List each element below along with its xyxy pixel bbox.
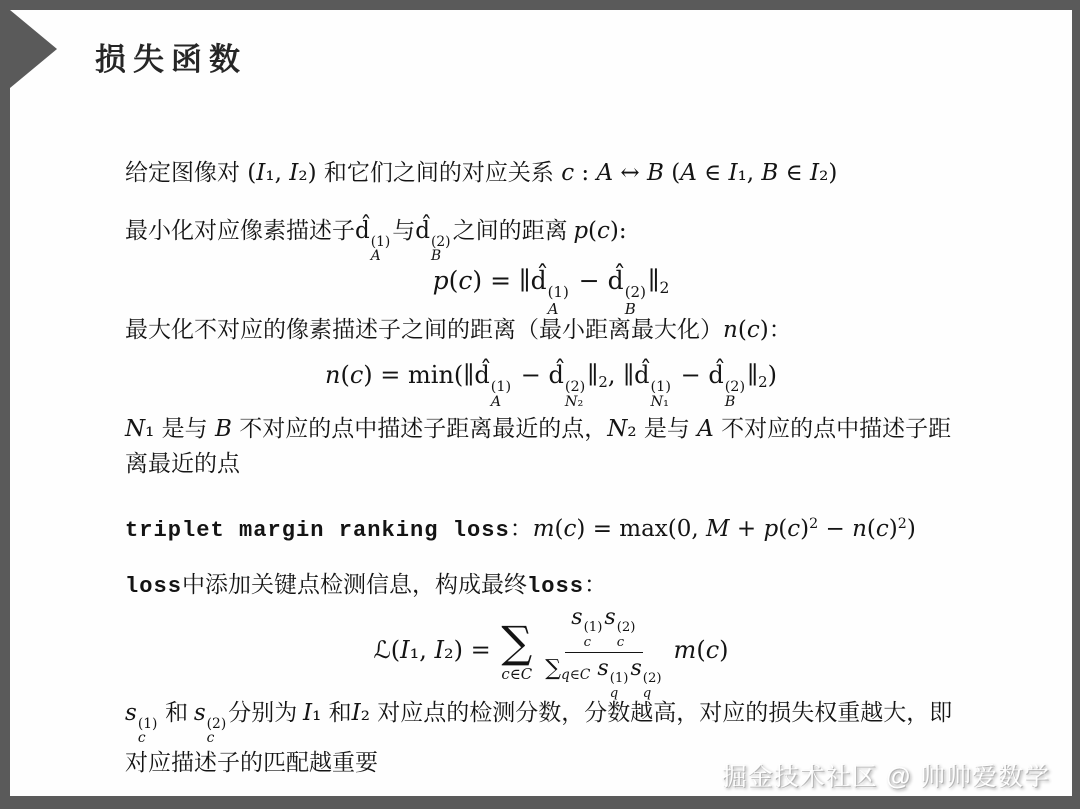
paragraph-minimize-distance: 最小化对应像素描述子d̂(1)A与d̂(2)B之间的距离 p(c):	[125, 214, 965, 264]
formula-negative-distance: n(c) = min(∥d̂(1)A − d̂(2)N₂∥2, ∥d̂(1)N₁…	[20, 357, 1080, 410]
slide-frame: 损失函数 给定图像对 (I₁, I₂) 和它们之间的对应关系 c : A ↔ B…	[0, 0, 1080, 809]
paragraph-image-pair-definition: 给定图像对 (I₁, I₂) 和它们之间的对应关系 c : A ↔ B (A ∈…	[125, 156, 965, 191]
watermark: 掘金技术社区 @ 帅帅爱数学	[722, 757, 1050, 793]
paragraph-triplet-margin-ranking-loss: triplet margin ranking loss：m(c) = max(0…	[125, 512, 1025, 547]
slide-title: 损失函数	[95, 34, 247, 79]
paragraph-keypoint-detection-info: loss中添加关键点检测信息，构成最终loss：	[125, 568, 825, 603]
corner-arrow-icon	[10, 10, 57, 88]
slide-canvas: 损失函数 给定图像对 (I₁, I₂) 和它们之间的对应关系 c : A ↔ B…	[10, 10, 1072, 796]
formula-final-loss: ℒ(I₁, I₂) = ∑c∈Cs(1)cs(2)c∑q∈C s(1)qs(2)…	[20, 604, 1080, 701]
formula-positive-distance: p(c) = ∥d̂(1)A − d̂(2)B∥2	[20, 262, 1080, 319]
paragraph-maximize-distance: 最大化不对应的像素描述子之间的距离（最小距离最大化）n(c)：	[125, 313, 985, 348]
paragraph-nearest-neighbors: N₁ 是与 B 不对应的点中描述子距离最近的点，N₂ 是与 A 不对应的点中描述…	[125, 412, 955, 481]
